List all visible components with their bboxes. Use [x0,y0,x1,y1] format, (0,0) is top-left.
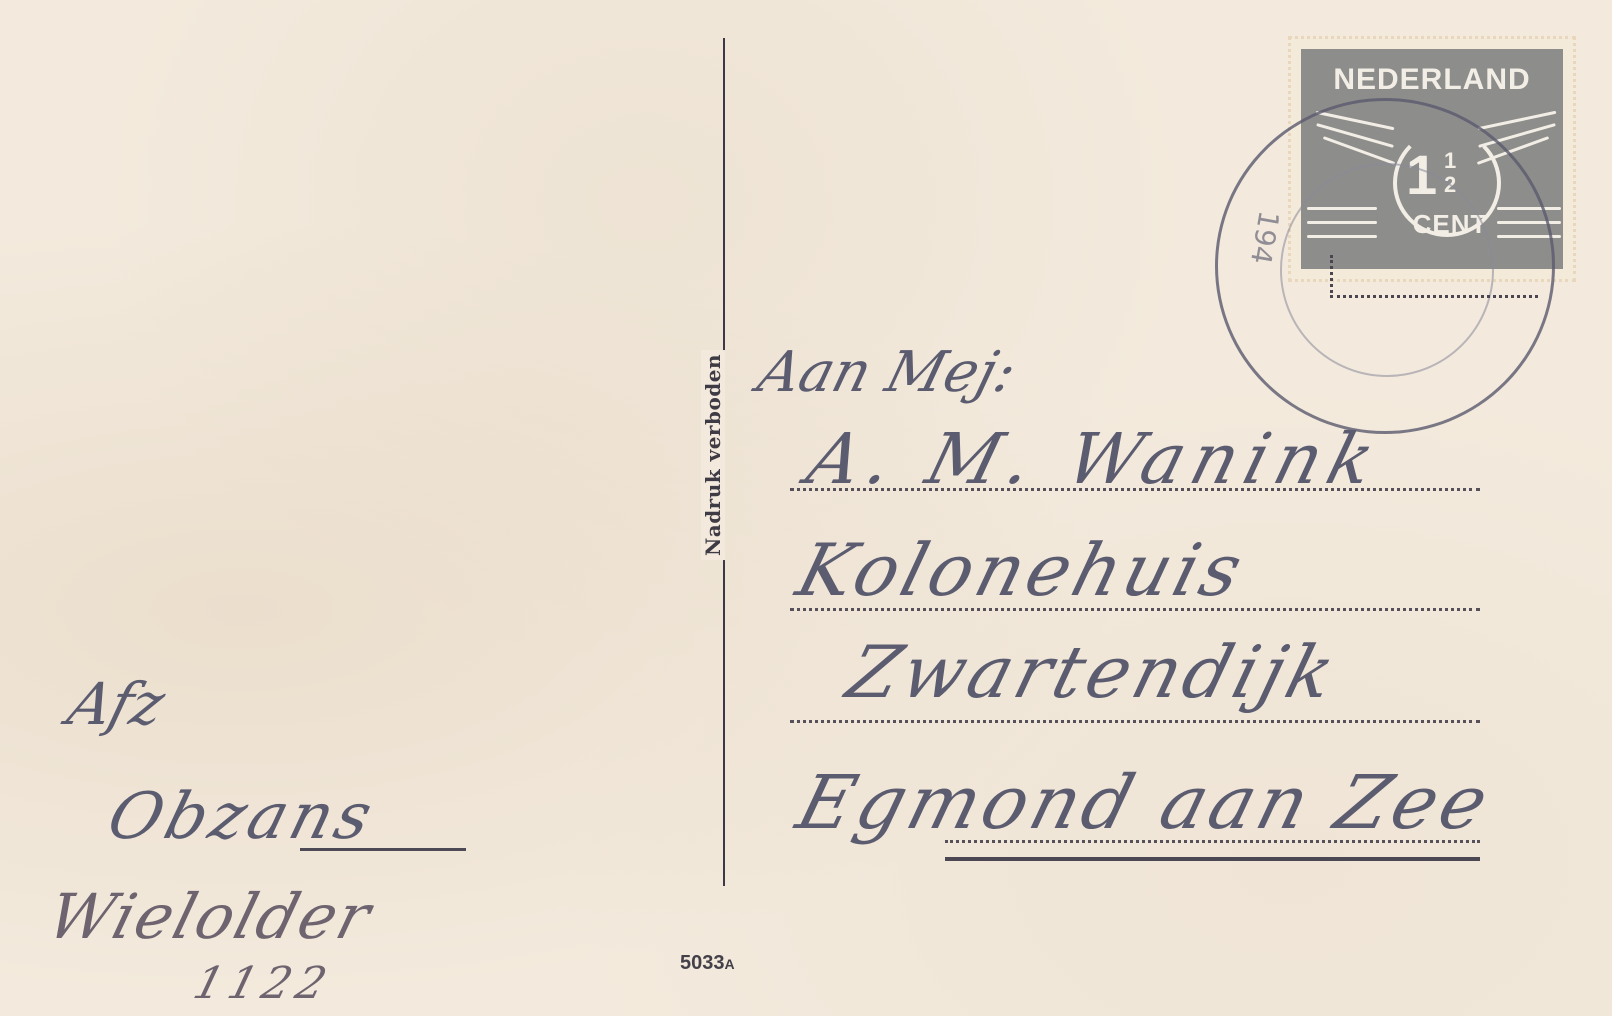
address-salutation: Aan Mej: [751,340,1023,405]
divider-caption: Nadruk verboden [701,350,725,560]
sender-name-underline [300,848,466,851]
address-city: Egmond aan Zee [788,760,1500,846]
address-line-3 [790,720,1480,723]
address-name: A. M. Wanink [799,418,1391,500]
stamp-country: NEDERLAND [1301,63,1563,97]
address-line2: Kolonehuis [789,528,1255,612]
stamp-placement-box [1330,255,1538,298]
serial-number: 5033 [680,952,725,974]
sender-name: Obzans [100,780,383,854]
city-underline [945,857,1480,861]
print-serial-number: 5033A [680,952,735,975]
sender-label: Afz [61,670,172,738]
postcard-back: NEDERLAND 1 1 2 CENT [0,0,1612,1016]
postmark-year: 194 [1244,208,1286,266]
address-line3: Zwartendijk [839,630,1347,714]
serial-suffix: A [725,956,735,972]
sender-street: Wielolder [40,880,380,953]
sender-number: 1122 [188,958,338,1009]
